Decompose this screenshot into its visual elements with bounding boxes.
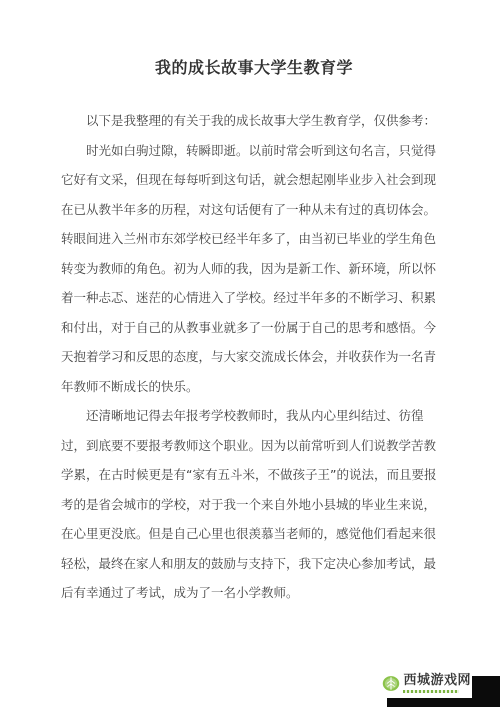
document-page: 我的成长故事大学生教育学 以下是我整理的有关于我的成长故事大学生教育学，仅供参考… xyxy=(0,0,500,707)
page-title: 我的成长故事大学生教育学 xyxy=(61,57,447,79)
watermark-subtext xyxy=(403,690,459,693)
body-paragraph: 还清晰地记得去年报考学校教师时，我从内心里纠结过、彷徨过，到底要不要报考教师这个… xyxy=(61,401,447,608)
article-body: 我的成长故事大学生教育学 以下是我整理的有关于我的成长故事大学生教育学，仅供参考… xyxy=(61,57,447,608)
watermark-black-corner xyxy=(472,676,500,707)
leaf-logo-icon xyxy=(382,675,400,692)
site-watermark: 西城游戏网 xyxy=(380,668,471,698)
watermark-text-block: 西城游戏网 xyxy=(403,673,471,693)
body-paragraph: 时光如白驹过隙，转瞬即逝。以前时常会听到这句名言，只觉得它好有文采，但现在每每听… xyxy=(61,136,447,402)
watermark-site-name: 西城游戏网 xyxy=(403,673,471,688)
intro-paragraph: 以下是我整理的有关于我的成长故事大学生教育学，仅供参考： xyxy=(61,106,447,136)
